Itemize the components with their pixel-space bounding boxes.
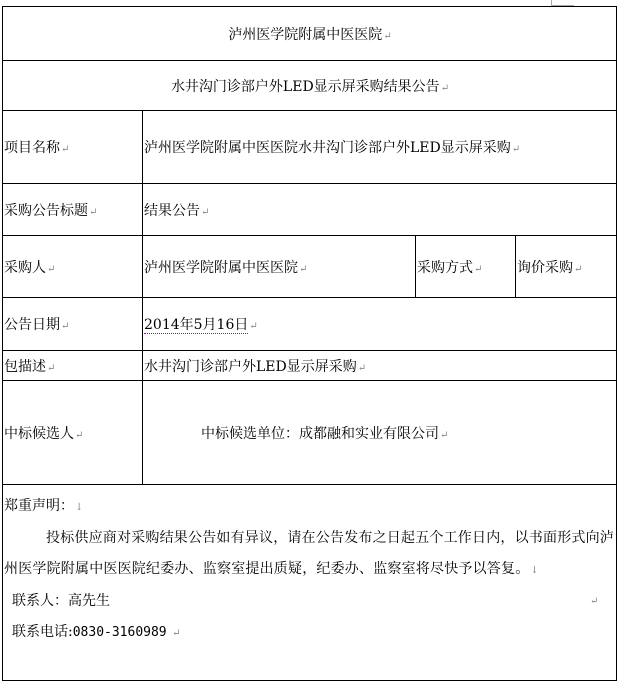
contact-phone: 0830-3160989 [73,625,167,640]
package-desc-label-cell: 包描述↵ [3,351,143,381]
table-row-notice-date: 公告日期↵ 2014年5月16日↵ [3,298,617,351]
paragraph-mark-icon: ↵ [299,264,307,275]
paragraph-mark-icon: ↵ [172,628,180,639]
line-break-icon: ↓ [75,502,83,513]
hospital-title-cell: 泸州医学院附属中医医院↵ [3,7,617,61]
notice-date-value: 2014年5月16日 [144,317,248,334]
package-desc-label: 包描述 [4,359,46,375]
paragraph-mark-icon: ↵ [383,31,391,42]
notice-date-value-cell: 2014年5月16日↵ [143,298,617,351]
method-value: 询价采购 [517,260,573,276]
declaration-body: 投标供应商对采购结果公告如有异议，请在公告发布之日起五个工作日内，以书面形式向泸… [4,530,614,577]
notice-date-label-cell: 公告日期↵ [3,298,143,351]
paragraph-mark-icon: ↵ [441,83,449,94]
method-value-cell: 询价采购↵ [516,236,617,298]
project-name-label-cell: 项目名称↵ [3,111,143,184]
paragraph-mark-icon: ↵ [61,144,69,155]
paragraph-mark-icon: ↵ [47,264,55,275]
table-row-package-desc: 包描述↵ 水井沟门诊部户外LED显示屏采购↵ [3,351,617,381]
announcement-title-cell: 水井沟门诊部户外LED显示屏采购结果公告↵ [3,61,617,111]
paragraph-mark-icon: ↵ [474,264,482,275]
winning-candidate-value: 中标候选单位：成都融和实业有限公司 [201,426,439,442]
notice-title-value-cell: 结果公告↵ [143,184,617,236]
package-desc-value: 水井沟门诊部户外LED显示屏采购 [144,359,357,375]
paragraph-mark-icon: ↵ [590,586,598,617]
paragraph-mark-icon: ↵ [440,430,448,441]
purchaser-label-cell: 采购人↵ [3,236,143,298]
paragraph-mark-icon: ↵ [249,321,257,332]
table-row-declaration: 郑重声明：↓ 投标供应商对采购结果公告如有异议，请在公告发布之日起五个工作日内，… [3,485,617,681]
paragraph-mark-icon: ↵ [47,363,55,374]
method-label: 采购方式 [417,260,473,276]
table-row-notice-title: 采购公告标题↵ 结果公告↵ [3,184,617,236]
paragraph-mark-icon: ↵ [89,207,97,218]
winning-candidate-value-cell: 中标候选单位：成都融和实业有限公司↵ [143,381,617,485]
paragraph-mark-icon: ↵ [358,363,366,374]
purchaser-value-cell: 泸州医学院附属中医医院↵ [143,236,416,298]
project-name-value-cell: 泸州医学院附属中医医院水井沟门诊部户外LED显示屏采购↵ [143,111,617,184]
notice-title-label: 采购公告标题 [4,203,88,219]
announcement-title: 水井沟门诊部户外LED显示屏采购结果公告 [171,79,440,95]
declaration-heading: 郑重声明： [4,498,74,514]
method-label-cell: 采购方式↵ [416,236,516,298]
project-name-label: 项目名称 [4,140,60,156]
winning-candidate-label: 中标候选人 [4,426,74,442]
table-row-winning-candidate: 中标候选人↵ 中标候选单位：成都融和实业有限公司↵ [3,381,617,485]
paragraph-mark-icon: ↵ [61,321,69,332]
paragraph-mark-icon: ↵ [201,207,209,218]
paragraph-mark-icon: ↵ [75,430,83,441]
contact-phone-label: 联系电话: [12,624,73,640]
declaration-cell: 郑重声明：↓ 投标供应商对采购结果公告如有异议，请在公告发布之日起五个工作日内，… [3,485,617,681]
package-desc-value-cell: 水井沟门诊部户外LED显示屏采购↵ [143,351,617,381]
notice-title-value: 结果公告 [144,203,200,219]
table-row-project-name: 项目名称↵ 泸州医学院附属中医医院水井沟门诊部户外LED显示屏采购↵ [3,111,617,184]
line-break-icon: ↓ [530,565,539,576]
purchaser-label: 采购人 [4,260,46,276]
table-row-purchaser: 采购人↵ 泸州医学院附属中医医院↵ 采购方式↵ 询价采购↵ [3,236,617,298]
hospital-title: 泸州医学院附属中医医院 [228,27,382,43]
paragraph-mark-icon: ↵ [574,264,582,275]
paragraph-mark-icon: ↵ [512,144,520,155]
winning-candidate-label-cell: 中标候选人↵ [3,381,143,485]
notice-date-label: 公告日期 [4,317,60,333]
contact-person: 联系人：高先生 [12,593,110,609]
notice-title-label-cell: 采购公告标题↵ [3,184,143,236]
procurement-result-table: 泸州医学院附属中医医院↵ 水井沟门诊部户外LED显示屏采购结果公告↵ 项目名称↵… [2,6,617,681]
purchaser-value: 泸州医学院附属中医医院 [144,260,298,276]
project-name-value: 泸州医学院附属中医医院水井沟门诊部户外LED显示屏采购 [144,140,511,156]
